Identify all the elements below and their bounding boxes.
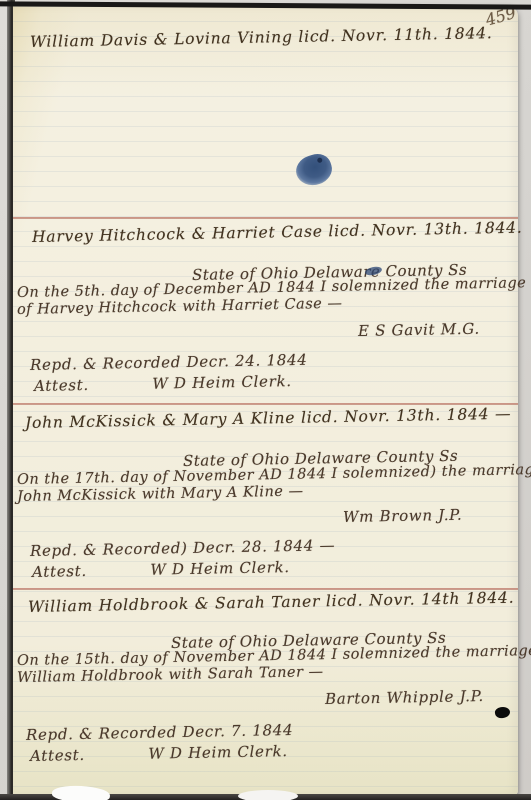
blue-ink-blot (292, 150, 336, 190)
entry-header-mckissick-kline: John McKissick & Mary A Kline licd. Novr… (25, 405, 512, 432)
black-ink-mark (494, 706, 511, 719)
ledger-page: 459 William Davis & Lovina Vining licd. … (13, 6, 518, 795)
entry-mckissick-attest-row: Attest. W D Heim Clerk. (32, 558, 290, 581)
section-divider-line (13, 403, 518, 405)
ledger-photo: 459 William Davis & Lovina Vining licd. … (0, 0, 531, 800)
entry-hitchcock-officiant-signature: E S Gavit M.G. (358, 320, 480, 340)
entry-hitchcock-attest-row: Attest. W D Heim Clerk. (34, 372, 292, 395)
attest-label: Attest. (32, 562, 87, 581)
entry-mckissick-officiant-signature: Wm Brown J.P. (343, 506, 463, 526)
section-divider-line (13, 217, 518, 219)
entry-header-holdbrook-taner: William Holdbrook & Sarah Taner licd. No… (28, 589, 515, 616)
clerk-signature: W D Heim Clerk. (150, 558, 290, 579)
paper-tear (238, 790, 298, 800)
entry-header-davis-vining: William Davis & Lovina Vining licd. Novr… (30, 24, 493, 51)
entry-hitchcock-recorded-line: Repd. & Recorded Decr. 24. 1844 (30, 351, 308, 374)
clerk-signature: W D Heim Clerk. (148, 742, 288, 763)
entry-holdbrook-officiant-signature: Barton Whipple J.P. (325, 687, 484, 708)
entry-holdbrook-recorded-line: Repd. & Recorded Decr. 7. 1844 (26, 721, 294, 744)
entry-header-hitchcock-case: Harvey Hitchcock & Harriet Case licd. No… (32, 219, 523, 246)
attest-label: Attest. (30, 746, 85, 765)
entry-holdbrook-attest-row: Attest. W D Heim Clerk. (30, 742, 288, 765)
attest-label: Attest. (34, 376, 89, 395)
clerk-signature: W D Heim Clerk. (152, 372, 292, 393)
entry-mckissick-recorded-line: Repd. & Recorded) Decr. 28. 1844 — (30, 536, 336, 560)
